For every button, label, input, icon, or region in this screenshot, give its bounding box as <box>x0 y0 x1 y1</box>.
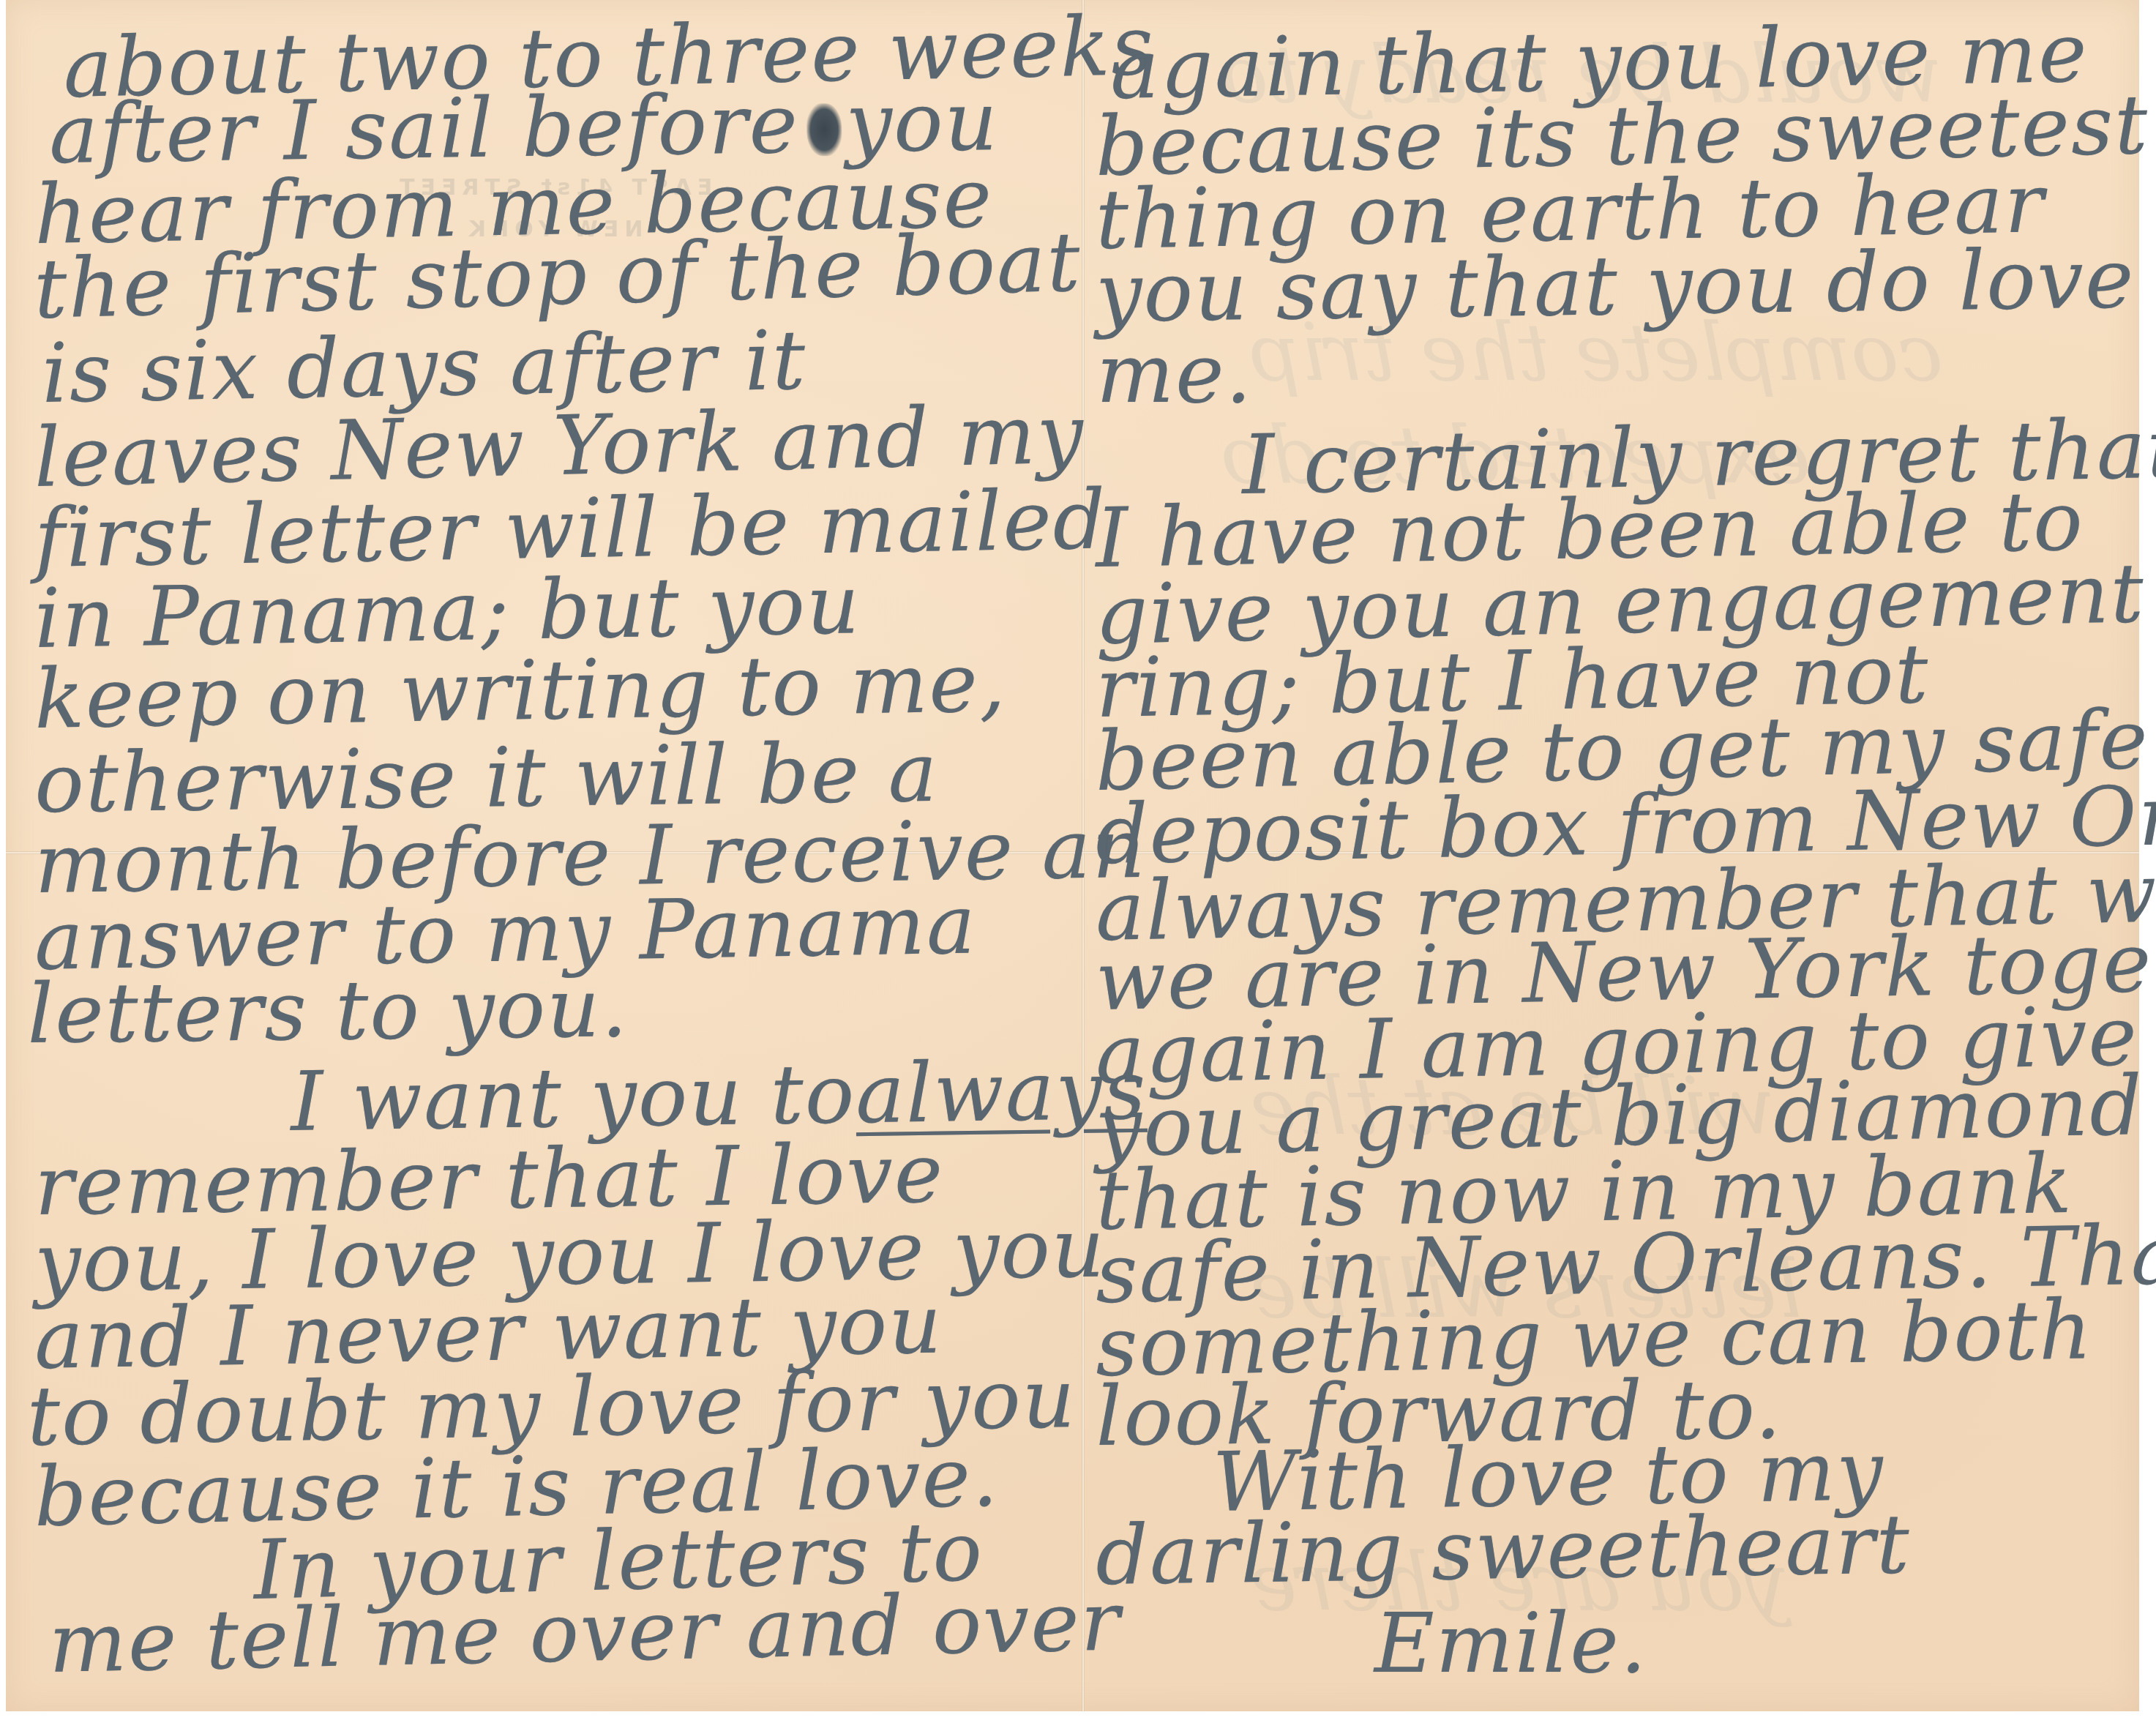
letter-line: darling sweetheart <box>1095 1503 1911 1597</box>
letter-line: you say that you do love <box>1095 238 2135 334</box>
right-page: again that you love me because its the s… <box>1082 0 2139 1711</box>
ink-strikeout-blot <box>806 103 842 157</box>
letter-line: the first stop of the boat <box>33 222 1082 331</box>
letter-line: letters to you. <box>27 967 629 1055</box>
letter-line: me. <box>1096 333 1253 415</box>
left-page: about two to three weeks after I sail be… <box>6 0 1076 1711</box>
signature: Emile. <box>1374 1603 1647 1685</box>
letter-line: me tell me over and over <box>48 1580 1123 1685</box>
